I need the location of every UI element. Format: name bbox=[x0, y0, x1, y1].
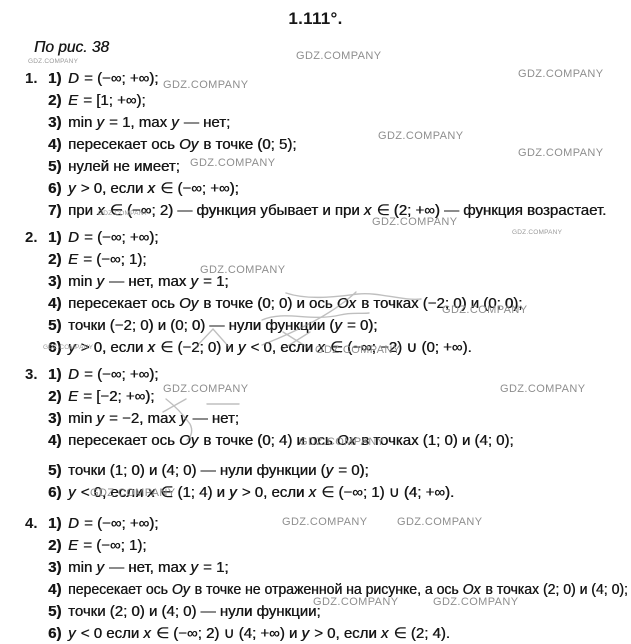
line-marker: 2) bbox=[48, 535, 68, 557]
text-segment: точки (−2; 0) и (0; 0) — нули функции ( bbox=[68, 317, 334, 334]
math-var: Oy bbox=[172, 581, 191, 598]
line-marker: 2) bbox=[48, 386, 68, 408]
math-var: y bbox=[190, 273, 199, 290]
watermark: GDZ.COMPANY bbox=[518, 69, 603, 80]
text-segment: = (−∞; +∞); bbox=[80, 229, 159, 246]
text-segment: > 0, если bbox=[310, 625, 381, 642]
line-marker: 5) bbox=[48, 460, 68, 482]
line-marker: 1) bbox=[48, 513, 68, 535]
watermark: GDZ.COMPANY bbox=[433, 597, 518, 608]
line-marker: 2) bbox=[48, 90, 68, 112]
line-text: E = [−2; +∞); bbox=[68, 386, 154, 408]
solution-line: 2)E = (−∞; 1); bbox=[48, 249, 631, 271]
solution-line: 3)min y = −2, max y — нет; bbox=[48, 408, 631, 430]
solution-block: 1.1)D = (−∞; +∞);2)E = [1; +∞);3)min y =… bbox=[0, 68, 631, 222]
line-marker: 7) bbox=[48, 200, 68, 222]
math-var: E bbox=[68, 251, 79, 268]
text-segment: ∈ (2; 4). bbox=[389, 625, 450, 642]
math-var: y bbox=[190, 559, 199, 576]
text-segment: = (−∞; 1); bbox=[79, 251, 146, 268]
text-segment: = [1; +∞); bbox=[79, 92, 146, 109]
math-var: E bbox=[68, 537, 79, 554]
solution-block: 2.1)D = (−∞; +∞);2)E = (−∞; 1);3)min y —… bbox=[0, 227, 631, 359]
math-var: y bbox=[334, 317, 343, 334]
text-segment: = 1; bbox=[199, 559, 229, 576]
math-var: x bbox=[147, 180, 156, 197]
line-text: E = [1; +∞); bbox=[68, 90, 146, 112]
line-text: при x ∈ (−∞; 2) — функция убывает и при … bbox=[68, 200, 606, 222]
text-segment: — нет, max bbox=[105, 559, 191, 576]
watermark: GDZ.COMPANY bbox=[372, 217, 457, 228]
math-var: y bbox=[96, 114, 105, 131]
solution-block: 4.1)D = (−∞; +∞);2)E = (−∞; 1);3)min y —… bbox=[0, 513, 631, 644]
line-text: точки (−2; 0) и (0; 0) — нули функции (y… bbox=[68, 315, 377, 337]
line-marker: 4) bbox=[48, 293, 68, 315]
line-marker: 1) bbox=[48, 68, 68, 90]
watermark: GDZ.COMPANY bbox=[313, 597, 398, 608]
math-var: x bbox=[308, 484, 317, 501]
math-var: D bbox=[68, 70, 80, 87]
math-var: D bbox=[68, 229, 80, 246]
watermark: GDZ.COMPANY bbox=[43, 344, 93, 351]
watermark: GDZ.COMPANY bbox=[200, 265, 285, 276]
solution-line: 6)y > 0, если x ∈ (−∞; +∞); bbox=[48, 178, 631, 200]
watermark: GDZ.COMPANY bbox=[518, 148, 603, 159]
line-text: min y = 1, max y — нет; bbox=[68, 112, 230, 134]
text-segment: = −2, max bbox=[105, 410, 180, 427]
solution-line: 2)E = (−∞; 1); bbox=[48, 535, 631, 557]
line-marker: 3) bbox=[48, 557, 68, 579]
watermark: GDZ.COMPANY bbox=[90, 488, 175, 499]
watermark: GDZ.COMPANY bbox=[512, 229, 562, 236]
watermark: GDZ.COMPANY bbox=[296, 51, 381, 62]
watermark: GDZ.COMPANY bbox=[315, 345, 400, 356]
watermark: GDZ.COMPANY bbox=[500, 384, 585, 395]
math-var: y bbox=[96, 559, 105, 576]
line-text: D = (−∞; +∞); bbox=[68, 513, 158, 535]
text-segment: точки (1; 0) и (4; 0) — нули функции ( bbox=[68, 462, 326, 479]
text-segment: ∈ (−∞; 2) ∪ (4; +∞) и bbox=[152, 625, 302, 642]
watermark: GDZ.COMPANY bbox=[163, 384, 248, 395]
text-segment: точки (2; 0) и (4; 0) — нули функции; bbox=[68, 603, 321, 620]
solution-line: 5)нулей не имеет; bbox=[48, 156, 631, 178]
line-text: нулей не имеет; bbox=[68, 156, 180, 178]
text-segment: > 0, если bbox=[238, 484, 309, 501]
solution-line: 2)E = [1; +∞); bbox=[48, 90, 631, 112]
math-var: y bbox=[229, 484, 238, 501]
text-segment: нулей не имеет; bbox=[68, 158, 180, 175]
math-var: E bbox=[68, 388, 79, 405]
watermark: GDZ.COMPANY bbox=[98, 210, 148, 217]
line-text: пересекает ось Oy в точке (0; 5); bbox=[68, 134, 296, 156]
line-text: E = (−∞; 1); bbox=[68, 535, 146, 557]
line-marker: 4) bbox=[48, 134, 68, 156]
text-segment: < 0, если bbox=[246, 339, 317, 356]
page-title: 1.111°. bbox=[0, 0, 631, 29]
watermark: GDZ.COMPANY bbox=[163, 80, 248, 91]
line-marker: 3) bbox=[48, 271, 68, 293]
text-segment: пересекает ось bbox=[68, 432, 179, 449]
text-segment: min bbox=[68, 410, 96, 427]
solution-line: 3)min y — нет, max y = 1; bbox=[48, 557, 631, 579]
scanned-solution-page: 1.111°. По рис. 38 1.1)D = (−∞; +∞);2)E … bbox=[0, 0, 631, 644]
line-text: D = (−∞; +∞); bbox=[68, 227, 158, 249]
text-segment: = (−∞; +∞); bbox=[80, 70, 159, 87]
line-text: E = (−∞; 1); bbox=[68, 249, 146, 271]
text-segment: = (−∞; +∞); bbox=[80, 515, 159, 532]
watermark: GDZ.COMPANY bbox=[442, 305, 527, 316]
line-text: D = (−∞; +∞); bbox=[68, 364, 158, 386]
math-var: Oy bbox=[179, 295, 199, 312]
block-number: 1. bbox=[25, 68, 38, 90]
line-text: y < 0 если x ∈ (−∞; 2) ∪ (4; +∞) и y > 0… bbox=[68, 623, 450, 644]
text-segment: = [−2; +∞); bbox=[79, 388, 154, 405]
math-var: x bbox=[147, 339, 156, 356]
line-text: y > 0, если x ∈ (−2; 0) и y < 0, если x … bbox=[68, 337, 472, 359]
text-segment: пересекает ось bbox=[68, 136, 179, 153]
math-var: y bbox=[68, 625, 77, 642]
watermark: GDZ.COMPANY bbox=[397, 517, 482, 528]
line-text: пересекает ось Oy в точке (0; 4) и ось O… bbox=[68, 430, 514, 452]
math-var: D bbox=[68, 515, 80, 532]
line-marker: 4) bbox=[48, 579, 68, 601]
math-var: y bbox=[96, 410, 105, 427]
math-var: x bbox=[364, 202, 373, 219]
line-marker: 3) bbox=[48, 408, 68, 430]
line-text: min y — нет, max y = 1; bbox=[68, 557, 228, 579]
line-marker: 1) bbox=[48, 227, 68, 249]
line-text: D = (−∞; +∞); bbox=[68, 68, 158, 90]
line-marker: 2) bbox=[48, 249, 68, 271]
line-marker: 6) bbox=[48, 482, 68, 504]
text-segment: в точке (0; 5); bbox=[199, 136, 296, 153]
line-text: y > 0, если x ∈ (−∞; +∞); bbox=[68, 178, 239, 200]
math-var: Oy bbox=[179, 432, 199, 449]
text-segment: — нет, max bbox=[105, 273, 191, 290]
text-segment: = 0); bbox=[343, 317, 378, 334]
math-var: y bbox=[301, 625, 310, 642]
line-marker: 5) bbox=[48, 601, 68, 623]
solution-line: 6)y < 0 если x ∈ (−∞; 2) ∪ (4; +∞) и y >… bbox=[48, 623, 631, 644]
line-marker: 5) bbox=[48, 156, 68, 178]
math-var: E bbox=[68, 92, 79, 109]
solution-line: 3)min y = 1, max y — нет; bbox=[48, 112, 631, 134]
text-segment: при bbox=[68, 202, 97, 219]
text-segment: min bbox=[68, 114, 96, 131]
watermark: GDZ.COMPANY bbox=[28, 58, 78, 65]
line-marker: 6) bbox=[48, 623, 68, 644]
solution-line: 4)пересекает ось Oy в точке (0; 0) и ось… bbox=[48, 293, 631, 315]
text-segment: ∈ (−∞; +∞); bbox=[156, 180, 239, 197]
text-segment: min bbox=[68, 273, 96, 290]
watermark: GDZ.COMPANY bbox=[282, 517, 367, 528]
text-segment: = (−∞; +∞); bbox=[80, 366, 159, 383]
line-marker: 3) bbox=[48, 112, 68, 134]
line-marker: 6) bbox=[48, 178, 68, 200]
block-number: 4. bbox=[25, 513, 38, 535]
text-segment: — нет; bbox=[180, 114, 231, 131]
solution-line: 3)min y — нет, max y = 1; bbox=[48, 271, 631, 293]
text-segment: — нет; bbox=[188, 410, 239, 427]
line-marker: 4) bbox=[48, 430, 68, 452]
block-number: 3. bbox=[25, 364, 38, 386]
text-segment: < 0 если bbox=[77, 625, 144, 642]
math-var: y bbox=[68, 180, 77, 197]
text-segment: > 0, если bbox=[77, 180, 148, 197]
watermark: GDZ.COMPANY bbox=[190, 158, 275, 169]
line-marker: 1) bbox=[48, 364, 68, 386]
math-var: x bbox=[143, 625, 152, 642]
math-var: D bbox=[68, 366, 80, 383]
line-marker: 5) bbox=[48, 315, 68, 337]
line-text: точки (1; 0) и (4; 0) — нули функции (y … bbox=[68, 460, 369, 482]
text-segment: ∈ (−∞; 1) ∪ (4; +∞). bbox=[317, 484, 454, 501]
math-var: y bbox=[326, 462, 335, 479]
math-var: Oy bbox=[179, 136, 199, 153]
text-segment: min bbox=[68, 559, 96, 576]
text-segment: пересекает ось bbox=[68, 295, 179, 312]
text-segment: = 0); bbox=[334, 462, 369, 479]
solution-line: 5)точки (−2; 0) и (0; 0) — нули функции … bbox=[48, 315, 631, 337]
line-text: min y = −2, max y — нет; bbox=[68, 408, 239, 430]
watermark: GDZ.COMPANY bbox=[378, 131, 463, 142]
text-segment: = (−∞; 1); bbox=[79, 537, 146, 554]
watermark: GDZ.COMPANY bbox=[299, 437, 384, 448]
text-segment: в точке (0; 0) и ось bbox=[199, 295, 337, 312]
text-segment: пересекает ось bbox=[68, 581, 172, 598]
math-var: y bbox=[96, 273, 105, 290]
math-var: y bbox=[68, 484, 77, 501]
solution-line: 5)точки (1; 0) и (4; 0) — нули функции (… bbox=[48, 460, 631, 482]
block-number: 2. bbox=[25, 227, 38, 249]
text-segment: = 1, max bbox=[105, 114, 171, 131]
line-text: точки (2; 0) и (4; 0) — нули функции; bbox=[68, 601, 321, 623]
math-var: y bbox=[171, 114, 180, 131]
text-segment: ∈ (−2; 0) и bbox=[156, 339, 238, 356]
math-var: Ox bbox=[337, 295, 357, 312]
